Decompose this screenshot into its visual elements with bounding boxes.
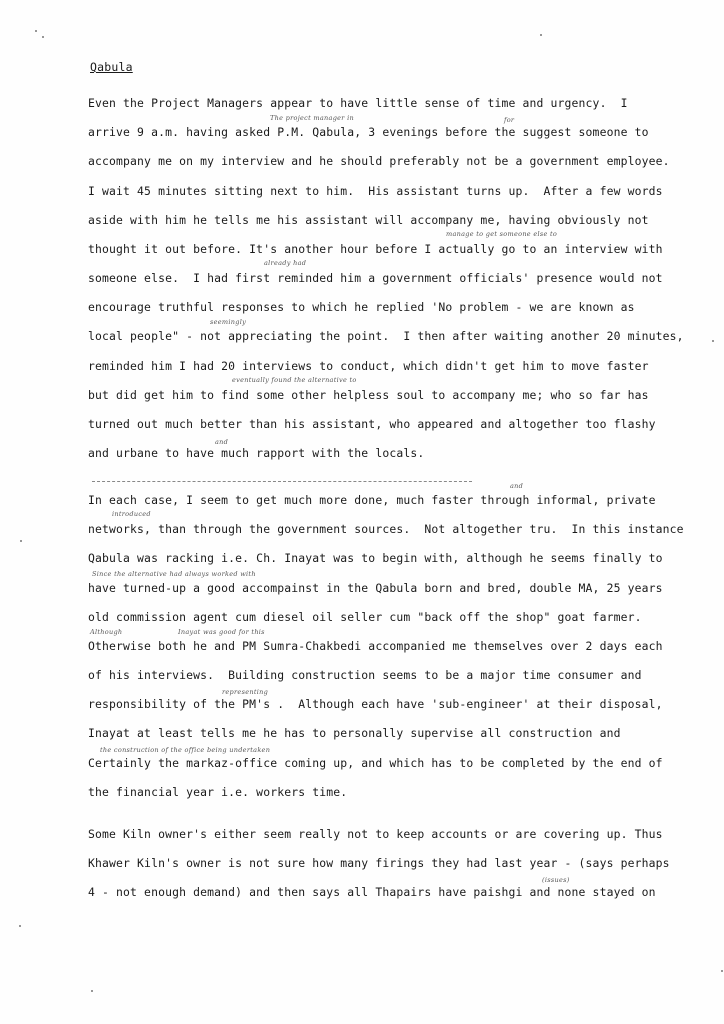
text-line: In each case, I seem to get much more do… [88,493,656,507]
text-line: local people" - not appreciating the poi… [88,329,684,343]
text-line: arrive 9 a.m. having asked P.M. Qabula, … [88,125,649,139]
text-line: someone else. I had first reminded him a… [88,271,663,285]
scan-speck [42,36,44,38]
handwritten-annotation: seemingly [210,318,246,326]
scan-speck [91,990,93,992]
handwritten-annotation: already had [264,259,306,267]
scan-speck [19,925,21,927]
text-line: networks, than through the government so… [88,522,684,536]
text-line: turned out much better than his assistan… [88,417,656,431]
text-line: have turned-up a good accompainst in the… [88,581,663,595]
text-line: thought it out before. It's another hour… [88,242,663,256]
text-line: aside with him he tells me his assistant… [88,213,649,227]
text-line: reminded him I had 20 interviews to cond… [88,359,649,373]
handwritten-annotation: Although [90,628,122,636]
scan-speck [712,340,714,342]
handwritten-annotation: representing [222,688,268,696]
text-line: I wait 45 minutes sitting next to him. H… [88,184,663,198]
scan-speck [540,34,542,36]
text-line: of his interviews. Building construction… [88,668,642,682]
handwritten-annotation: the construction of the office being und… [100,746,270,754]
handwritten-annotation: The project manager in [270,114,354,122]
text-line: old commission agent cum diesel oil sell… [88,610,642,624]
handwritten-annotation: eventually found the alternative to [232,376,357,384]
handwritten-annotation: (issues) [542,876,570,884]
scan-speck [35,30,37,32]
dashed-divider [92,481,472,482]
text-line: accompany me on my interview and he shou… [88,154,670,168]
handwritten-annotation: and [215,438,228,446]
handwritten-annotation: manage to get someone else to [446,230,557,238]
text-line: Khawer Kiln's owner is not sure how many… [88,856,670,870]
text-line: Inayat at least tells me he has to perso… [88,726,621,740]
scan-speck [721,970,723,972]
scan-speck [20,540,22,542]
text-line: Otherwise both he and PM Sumra-Chakbedi … [88,639,663,653]
text-line: but did get him to find some other helpl… [88,388,649,402]
text-line: responsibility of the PM's . Although ea… [88,697,663,711]
text-line: Some Kiln owner's either seem really not… [88,827,663,841]
text-line: encourage truthful responses to which he… [88,300,635,314]
handwritten-annotation: introduced [112,510,151,518]
handwritten-annotation: for [504,116,514,124]
text-line: 4 - not enough demand) and then says all… [88,885,656,899]
text-line: Even the Project Managers appear to have… [88,96,628,110]
document-heading: Qabula [90,60,133,74]
text-line: Certainly the markaz-office coming up, a… [88,756,663,770]
handwritten-annotation: Since the alternative had always worked … [92,570,256,578]
document-page: Qabula Even the Project Managers appear … [0,0,724,1024]
text-line: and urbane to have much rapport with the… [88,446,424,460]
text-line: the financial year i.e. workers time. [88,785,347,799]
handwritten-annotation: and [510,482,523,490]
text-line: Qabula was racking i.e. Ch. Inayat was t… [88,551,663,565]
handwritten-annotation: Inayat was good for this [178,628,265,636]
